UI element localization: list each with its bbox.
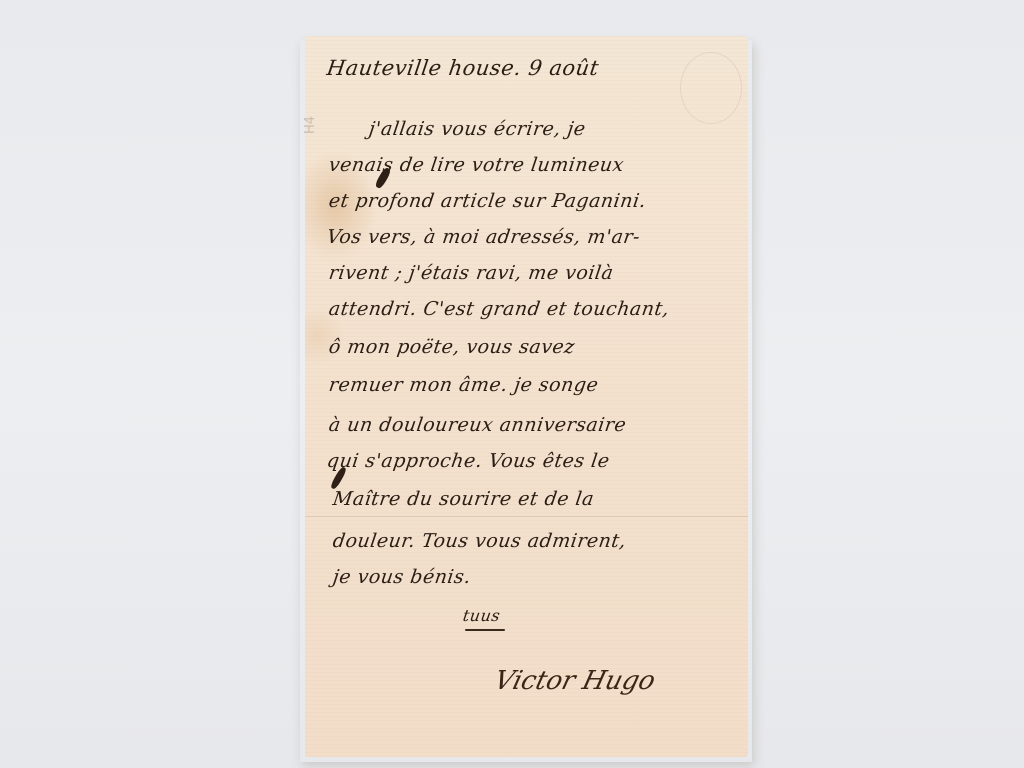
fold-crease [305, 516, 748, 517]
letter-line-13: je vous bénis. [331, 566, 472, 588]
letter-line-8: remuer mon âme. je songe [327, 374, 599, 396]
letter-line-7: ô mon poëte, vous savez [327, 336, 576, 358]
letter-line-12: douleur. Tous vous admirent, [331, 530, 627, 552]
pencil-annotation: H4 [303, 118, 339, 134]
embossed-stamp [680, 52, 742, 124]
letter-line-11: Maître du sourire et de la [331, 488, 595, 510]
signature: Victor Hugo [491, 666, 658, 696]
letter-sheet: H4 Hauteville house. 9 août j'allais vou… [305, 36, 748, 757]
letter-line-6: attendri. C'est grand et touchant, [327, 298, 670, 320]
letter-line-2: venais de lire votre lumineux [327, 154, 625, 176]
letter-line-9: à un douloureux anniversaire [327, 414, 627, 436]
letter-heading: Hauteville house. 9 août [325, 56, 600, 80]
closing-underline [465, 629, 505, 631]
letter-line-5: rivent ; j'étais ravi, me voilà [327, 262, 615, 284]
letter-line-1: j'allais vous écrire, je [367, 118, 587, 140]
letter-line-3: et profond article sur Paganini. [327, 190, 647, 212]
letter-closing: tuus [462, 606, 502, 625]
letter-line-4: Vos vers, à moi adressés, m'ar- [325, 226, 641, 248]
letter-line-10: qui s'approche. Vous êtes le [325, 450, 611, 472]
